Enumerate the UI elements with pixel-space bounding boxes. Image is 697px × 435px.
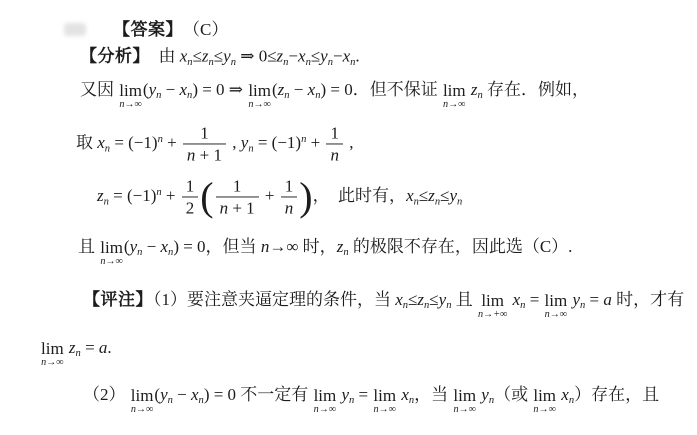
text-run: （1）要注意夹逼定理的条件，当: [153, 290, 395, 309]
text-run: 的极限不存在，因此选（C）.: [349, 237, 573, 256]
limit-subscript: n→∞: [533, 405, 556, 415]
limit-operator: limn→∞: [248, 82, 271, 110]
fraction-numerator: 1: [182, 176, 199, 196]
section-label: 【评注】: [83, 290, 153, 309]
limit-subscript: n→+∞: [478, 310, 507, 320]
text-run: = (−1): [254, 133, 302, 152]
fraction-numerator: 1: [216, 176, 259, 196]
reason-line: 又因 limn→∞(yn − xn) = 0 ⇒ limn→∞(zn − xn)…: [80, 80, 589, 110]
text-run: =: [525, 290, 543, 309]
example-xy-line: 取 xn = (−1)n + 1n + 1 , yn = (−1)n + 1n …: [76, 123, 353, 164]
math-variable: n: [220, 199, 229, 218]
text-run: −: [173, 385, 191, 404]
math-variable: y: [341, 385, 349, 404]
text-run: （2）: [83, 385, 130, 404]
text-run: ）存在，且: [574, 385, 659, 404]
limit-word: lim: [373, 387, 396, 404]
big-paren: (: [200, 174, 213, 219]
limit-operator: limn→∞: [453, 387, 476, 415]
text-run: −: [142, 237, 160, 256]
text-run: ，当: [414, 385, 452, 404]
math-variable: a: [603, 290, 612, 309]
limit-subscript: n→∞: [119, 100, 142, 110]
fraction-denominator: 2: [182, 197, 199, 218]
limit-word: lim: [119, 82, 142, 99]
limit-subscript: n→∞: [131, 405, 154, 415]
text-run: ≤: [311, 46, 320, 65]
text-run: 1: [233, 176, 242, 195]
limit-word: lim: [248, 82, 271, 99]
fraction-numerator: 1: [281, 176, 298, 196]
text-run: ≤: [419, 186, 428, 205]
limit-word: lim: [533, 387, 556, 404]
fraction: 12: [182, 176, 199, 217]
math-variable: z: [97, 186, 104, 205]
fraction-denominator: n + 1: [183, 144, 226, 165]
math-variable: n: [285, 199, 294, 218]
text-run: = (−1): [110, 133, 158, 152]
limit-word: lim: [443, 82, 466, 99]
text-run: 1: [330, 123, 339, 142]
text-run: ) = 0 不一定有: [204, 385, 313, 404]
text-run: ≤: [193, 46, 202, 65]
example-z-line: zn = (−1)n + 12(1n + 1 + 1n)， 此时有，xn≤zn≤…: [97, 176, 462, 217]
math-variable: x: [191, 385, 199, 404]
limit-word: lim: [545, 292, 568, 309]
limit-subscript: n→∞: [314, 405, 337, 415]
math-variable: z: [471, 80, 478, 99]
math-subscript: n: [457, 196, 462, 207]
text-run: 且: [78, 237, 99, 256]
limit-word: lim: [453, 387, 476, 404]
remark-line-1: 【评注】（1）要注意夹逼定理的条件，当 xn≤zn≤yn 且 limn→+∞ x…: [83, 290, 684, 320]
text-run: 1: [200, 123, 209, 142]
fraction-numerator: 1: [183, 123, 226, 143]
text-run: 1: [186, 176, 195, 195]
text-run: →∞ 时，: [269, 237, 336, 256]
math-variable: x: [406, 186, 414, 205]
scan-artifact: [64, 23, 86, 36]
math-variable: z: [69, 338, 76, 357]
limit-word: lim: [478, 292, 507, 309]
text-run: 又因: [80, 80, 118, 99]
math-variable: x: [161, 237, 169, 256]
text-run: +: [306, 133, 324, 152]
math-variable: x: [180, 80, 188, 99]
text-run: ≤: [429, 290, 438, 309]
fraction-denominator: n: [326, 144, 343, 165]
limit-word: lim: [131, 387, 154, 404]
limit-operator: limn→∞: [533, 387, 556, 415]
limit-operator: limn→+∞: [478, 292, 507, 320]
math-variable: x: [97, 133, 105, 152]
limit-operator: limn→∞: [41, 340, 64, 368]
text-run: ) = 0，但当: [173, 237, 261, 256]
text-run: ,: [345, 133, 354, 152]
math-variable: y: [223, 46, 231, 65]
big-paren: ): [299, 174, 312, 219]
math-variable: y: [449, 186, 457, 205]
text-run: 取: [76, 133, 97, 152]
fraction-numerator: 1: [326, 123, 343, 143]
math-variable: y: [572, 290, 580, 309]
text-run: −: [333, 46, 343, 65]
text-run: 由: [142, 46, 180, 65]
math-variable: z: [428, 186, 435, 205]
fraction: 1n + 1: [216, 176, 259, 217]
limit-operator: limn→∞: [443, 82, 466, 110]
limit-operator: limn→∞: [373, 387, 396, 415]
text-run: ， 此时有，: [313, 186, 407, 205]
text-run: .: [107, 338, 111, 357]
math-variable: x: [395, 290, 403, 309]
limit-subscript: n→∞: [41, 358, 64, 368]
analysis-line: 【分析】 由 xn≤zn≤yn ⇒ 0≤zn−xn≤yn−xn.: [80, 46, 360, 69]
fraction: 1n: [326, 123, 343, 164]
section-label: 【答案】: [113, 20, 175, 39]
fraction-denominator: n + 1: [216, 197, 259, 218]
text-run: ,: [228, 133, 241, 152]
remark-line-2: limn→∞ zn = a.: [40, 338, 112, 368]
limit-subscript: n→∞: [545, 310, 568, 320]
section-label: 【分析】: [80, 46, 142, 65]
limit-operator: limn→∞: [100, 239, 123, 267]
text-run: 存在．例如，: [483, 80, 589, 99]
text-run: +: [261, 186, 279, 205]
limit-subscript: n→∞: [443, 100, 466, 110]
fraction: 1n: [281, 176, 298, 217]
text-run: +: [163, 133, 181, 152]
math-variable: y: [160, 385, 168, 404]
limit-operator: limn→∞: [314, 387, 337, 415]
math-variable: x: [298, 46, 306, 65]
math-variable: y: [320, 46, 328, 65]
math-variable: y: [149, 80, 157, 99]
text-run: .: [355, 46, 359, 65]
limit-subscript: n→∞: [248, 100, 271, 110]
answer-line: 【答案】 （C）: [113, 20, 228, 40]
text-run: ≤: [214, 46, 223, 65]
math-variable: x: [561, 385, 569, 404]
limit-operator: limn→∞: [545, 292, 568, 320]
text-run: =: [354, 385, 372, 404]
text-run: 2: [186, 199, 195, 218]
limit-subscript: n→∞: [373, 405, 396, 415]
remark-line-3: （2） limn→∞(yn − xn) = 0 不一定有 limn→∞ yn =…: [83, 385, 659, 415]
limit-operator: limn→∞: [131, 387, 154, 415]
text-run: =: [81, 338, 99, 357]
text-run: + 1: [228, 199, 255, 218]
limit-subscript: n→∞: [453, 405, 476, 415]
text-run: ⇒ 0≤: [236, 46, 277, 65]
math-variable: z: [202, 46, 209, 65]
conclusion-line: 且 limn→∞(yn − xn) = 0，但当 n→∞ 时，zn 的极限不存在…: [78, 237, 572, 267]
text-run: 时，才有: [612, 290, 684, 309]
math-solution-document: 【答案】 （C）【分析】 由 xn≤zn≤yn ⇒ 0≤zn−xn≤yn−xn.…: [0, 0, 697, 435]
text-run: −: [288, 46, 298, 65]
math-variable: x: [401, 385, 409, 404]
text-run: ) = 0．但不保证: [320, 80, 442, 99]
limit-word: lim: [314, 387, 337, 404]
text-run: −: [290, 80, 308, 99]
math-variable: x: [343, 46, 351, 65]
text-run: + 1: [195, 146, 222, 165]
limit-word: lim: [41, 340, 64, 357]
text-run: +: [162, 186, 180, 205]
fraction-denominator: n: [281, 197, 298, 218]
text-run: 1: [285, 176, 294, 195]
text-run: （C）: [175, 20, 229, 39]
text-run: ) = 0 ⇒: [192, 80, 247, 99]
limit-operator: limn→∞: [119, 82, 142, 110]
math-variable: n: [330, 146, 339, 165]
math-variable: y: [130, 237, 138, 256]
text-run: = (−1): [109, 186, 157, 205]
math-variable: y: [481, 385, 489, 404]
limit-subscript: n→∞: [100, 257, 123, 267]
fraction: 1n + 1: [183, 123, 226, 164]
text-run: −: [161, 80, 179, 99]
text-run: （或: [494, 385, 532, 404]
text-run: =: [585, 290, 603, 309]
limit-word: lim: [100, 239, 123, 256]
text-run: ≤: [408, 290, 417, 309]
text-run: 且: [451, 290, 477, 309]
